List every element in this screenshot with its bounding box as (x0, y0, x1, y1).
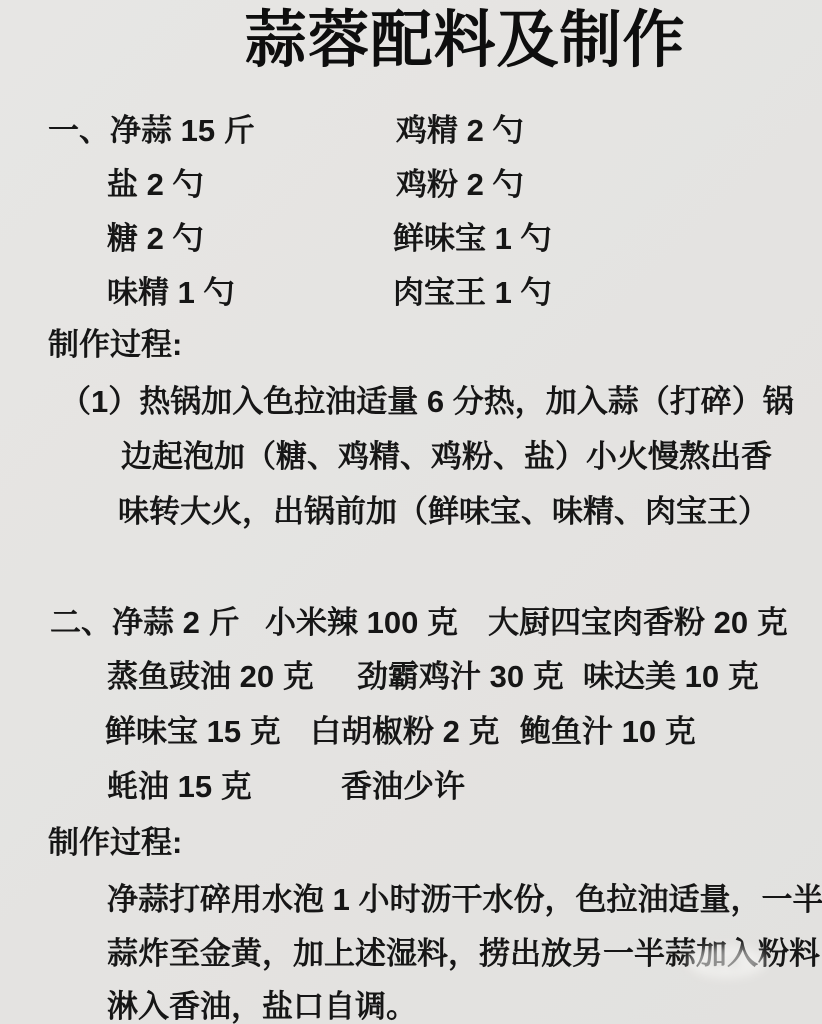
ingredient-item: 糖 2 勺 (107, 223, 203, 256)
ingredient-item: 鲍鱼汁 10 克 (520, 716, 696, 749)
ingredient-item: 鸡精 2 勺 (396, 115, 523, 148)
ingredient-item: 味达美 10 克 (583, 661, 759, 694)
process-heading: 制作过程: (48, 329, 182, 362)
process-step: 味转大火，出锅前加（鲜味宝、味精、肉宝王） (118, 496, 769, 529)
page-title: 蒜蓉配料及制作 (54, 6, 822, 74)
ingredient-item: 蒸鱼豉油 20 克 (107, 661, 314, 694)
ingredient-item: 蚝油 15 克 (107, 771, 252, 804)
ingredient-item: 大厨四宝肉香粉 20 克 (488, 607, 788, 640)
process-heading: 制作过程: (48, 827, 182, 860)
ingredient-item: 鲜味宝 1 勺 (393, 223, 551, 256)
document-page: 蒜蓉配料及制作 一、净蒜 15 斤 鸡精 2 勺 盐 2 勺 鸡粉 2 勺 糖 … (0, 0, 822, 1024)
ingredient-item: 劲霸鸡汁 30 克 (357, 661, 564, 694)
ingredient-item: 香油少许 (341, 771, 465, 804)
process-step: 净蒜打碎用水泡 1 小时沥干水份，色拉油适量，一半 (107, 884, 822, 917)
process-step: 边起泡加（糖、鸡精、鸡粉、盐）小火慢熬出香 (121, 441, 772, 474)
ingredient-item: 鲜味宝 15 克 (105, 716, 281, 749)
ingredient-item: 盐 2 勺 (107, 169, 203, 202)
ingredient-item: 一、净蒜 15 斤 (48, 115, 255, 148)
ingredient-item: 鸡粉 2 勺 (396, 169, 523, 202)
process-step: 淋入香油，盐口自调。 (107, 991, 417, 1024)
ingredient-item: 小米辣 100 克 (265, 607, 458, 640)
ingredient-item: 味精 1 勺 (107, 277, 234, 310)
process-step: （1）热锅加入色拉油适量 6 分热，加入蒜（打碎）锅 (60, 386, 794, 419)
ingredient-item: 白胡椒粉 2 克 (310, 716, 499, 749)
ingredient-item: 肉宝王 1 勺 (393, 277, 551, 310)
watermark-smudge (688, 946, 766, 978)
ingredient-item: 二、净蒜 2 斤 (50, 607, 239, 640)
